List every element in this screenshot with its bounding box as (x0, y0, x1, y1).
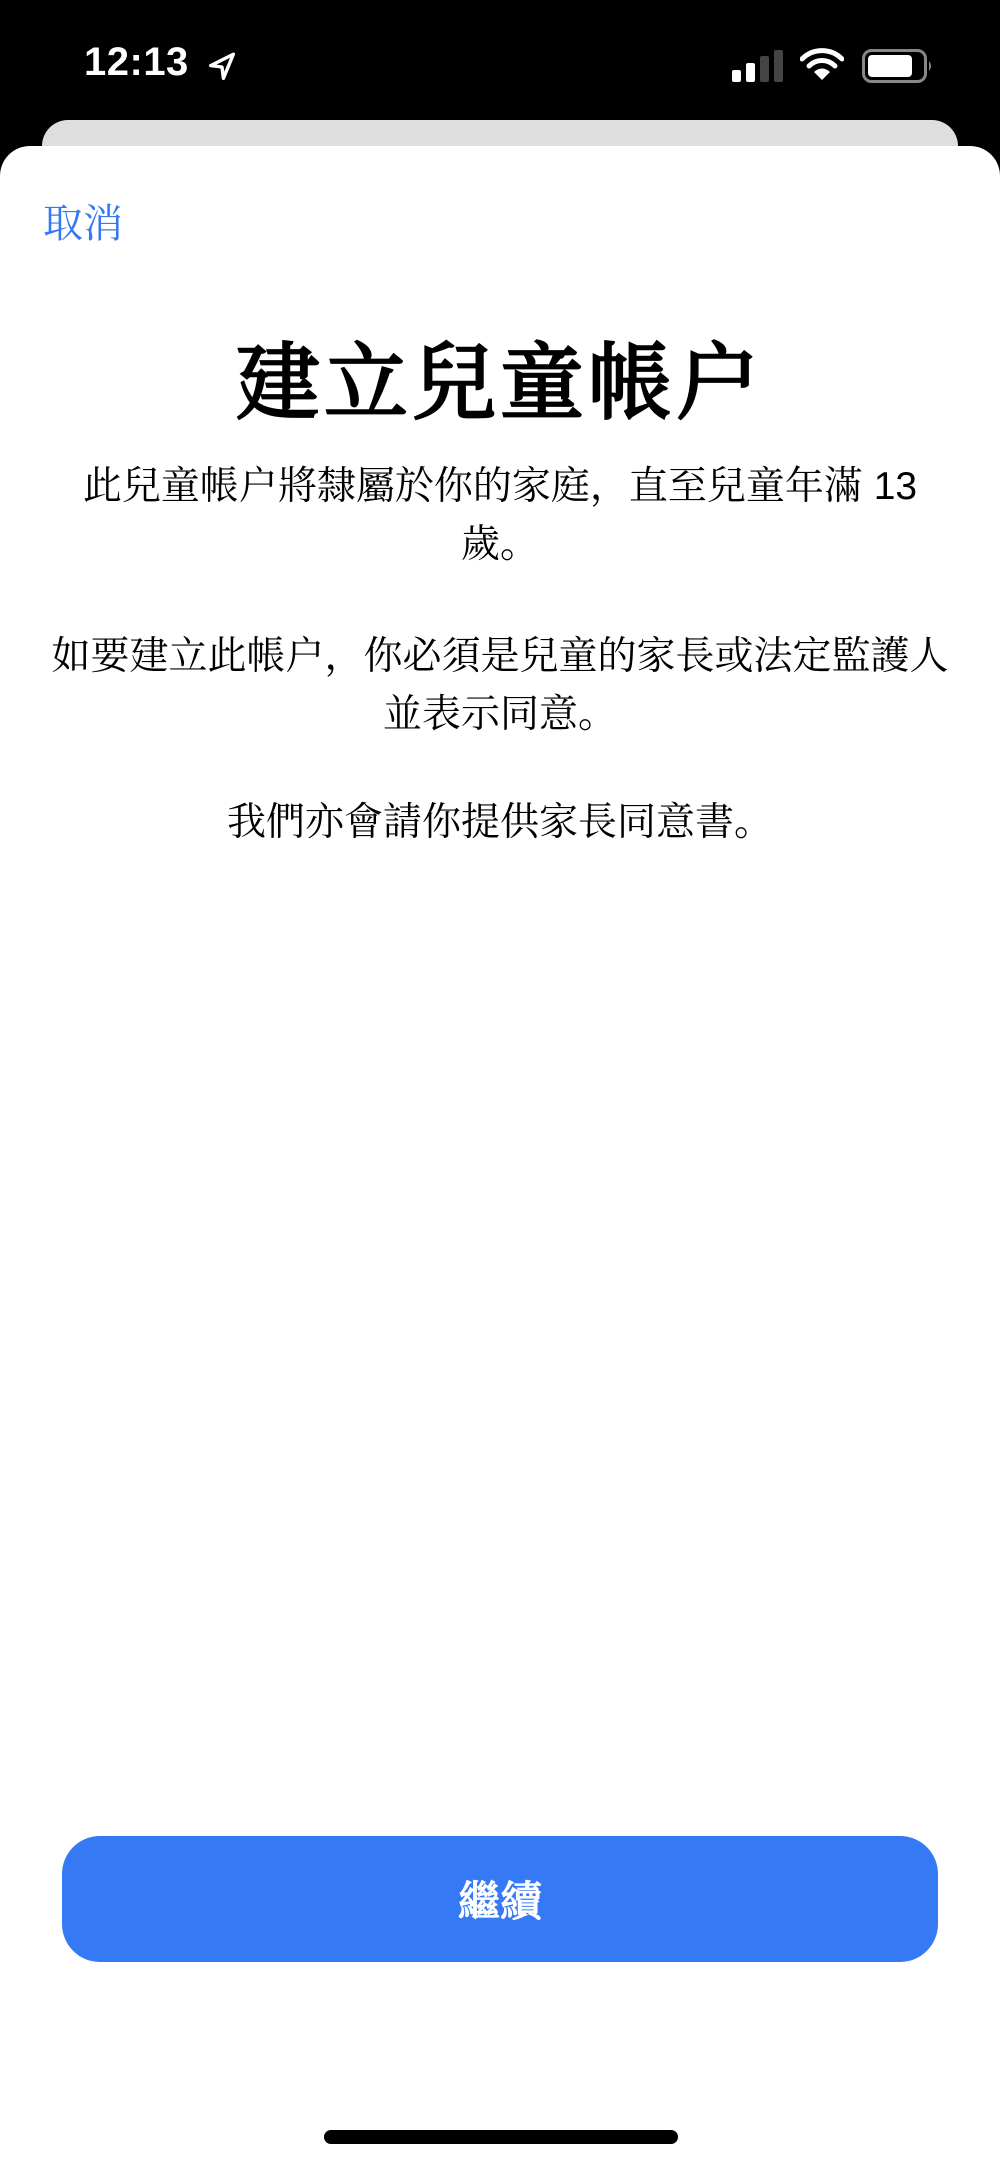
status-bar: 12:13 (0, 0, 1000, 120)
status-time: 12:13 (84, 40, 189, 85)
battery-icon (862, 49, 934, 83)
cancel-button[interactable]: 取消 (43, 192, 123, 249)
page-title: 建立兒童帳户 (0, 316, 1000, 437)
create-child-account-sheet: 取消 建立兒童帳户 此兒童帳户將隸屬於你的家庭，直至兒童年滿 13 歲。 如要建… (0, 146, 1000, 2164)
continue-button[interactable]: 繼續 (62, 1836, 938, 1962)
description-paragraph-3: 我們亦會請你提供家長同意書。 (50, 794, 950, 852)
cellular-signal-icon (732, 50, 784, 82)
description-paragraph-1: 此兒童帳户將隸屬於你的家庭，直至兒童年滿 13 歲。 (50, 458, 950, 574)
description-paragraph-2: 如要建立此帳户，你必須是兒童的家長或法定監護人並表示同意。 (50, 628, 950, 744)
location-arrow-icon (205, 50, 239, 84)
home-indicator[interactable] (324, 2130, 678, 2144)
wifi-icon (800, 48, 844, 82)
